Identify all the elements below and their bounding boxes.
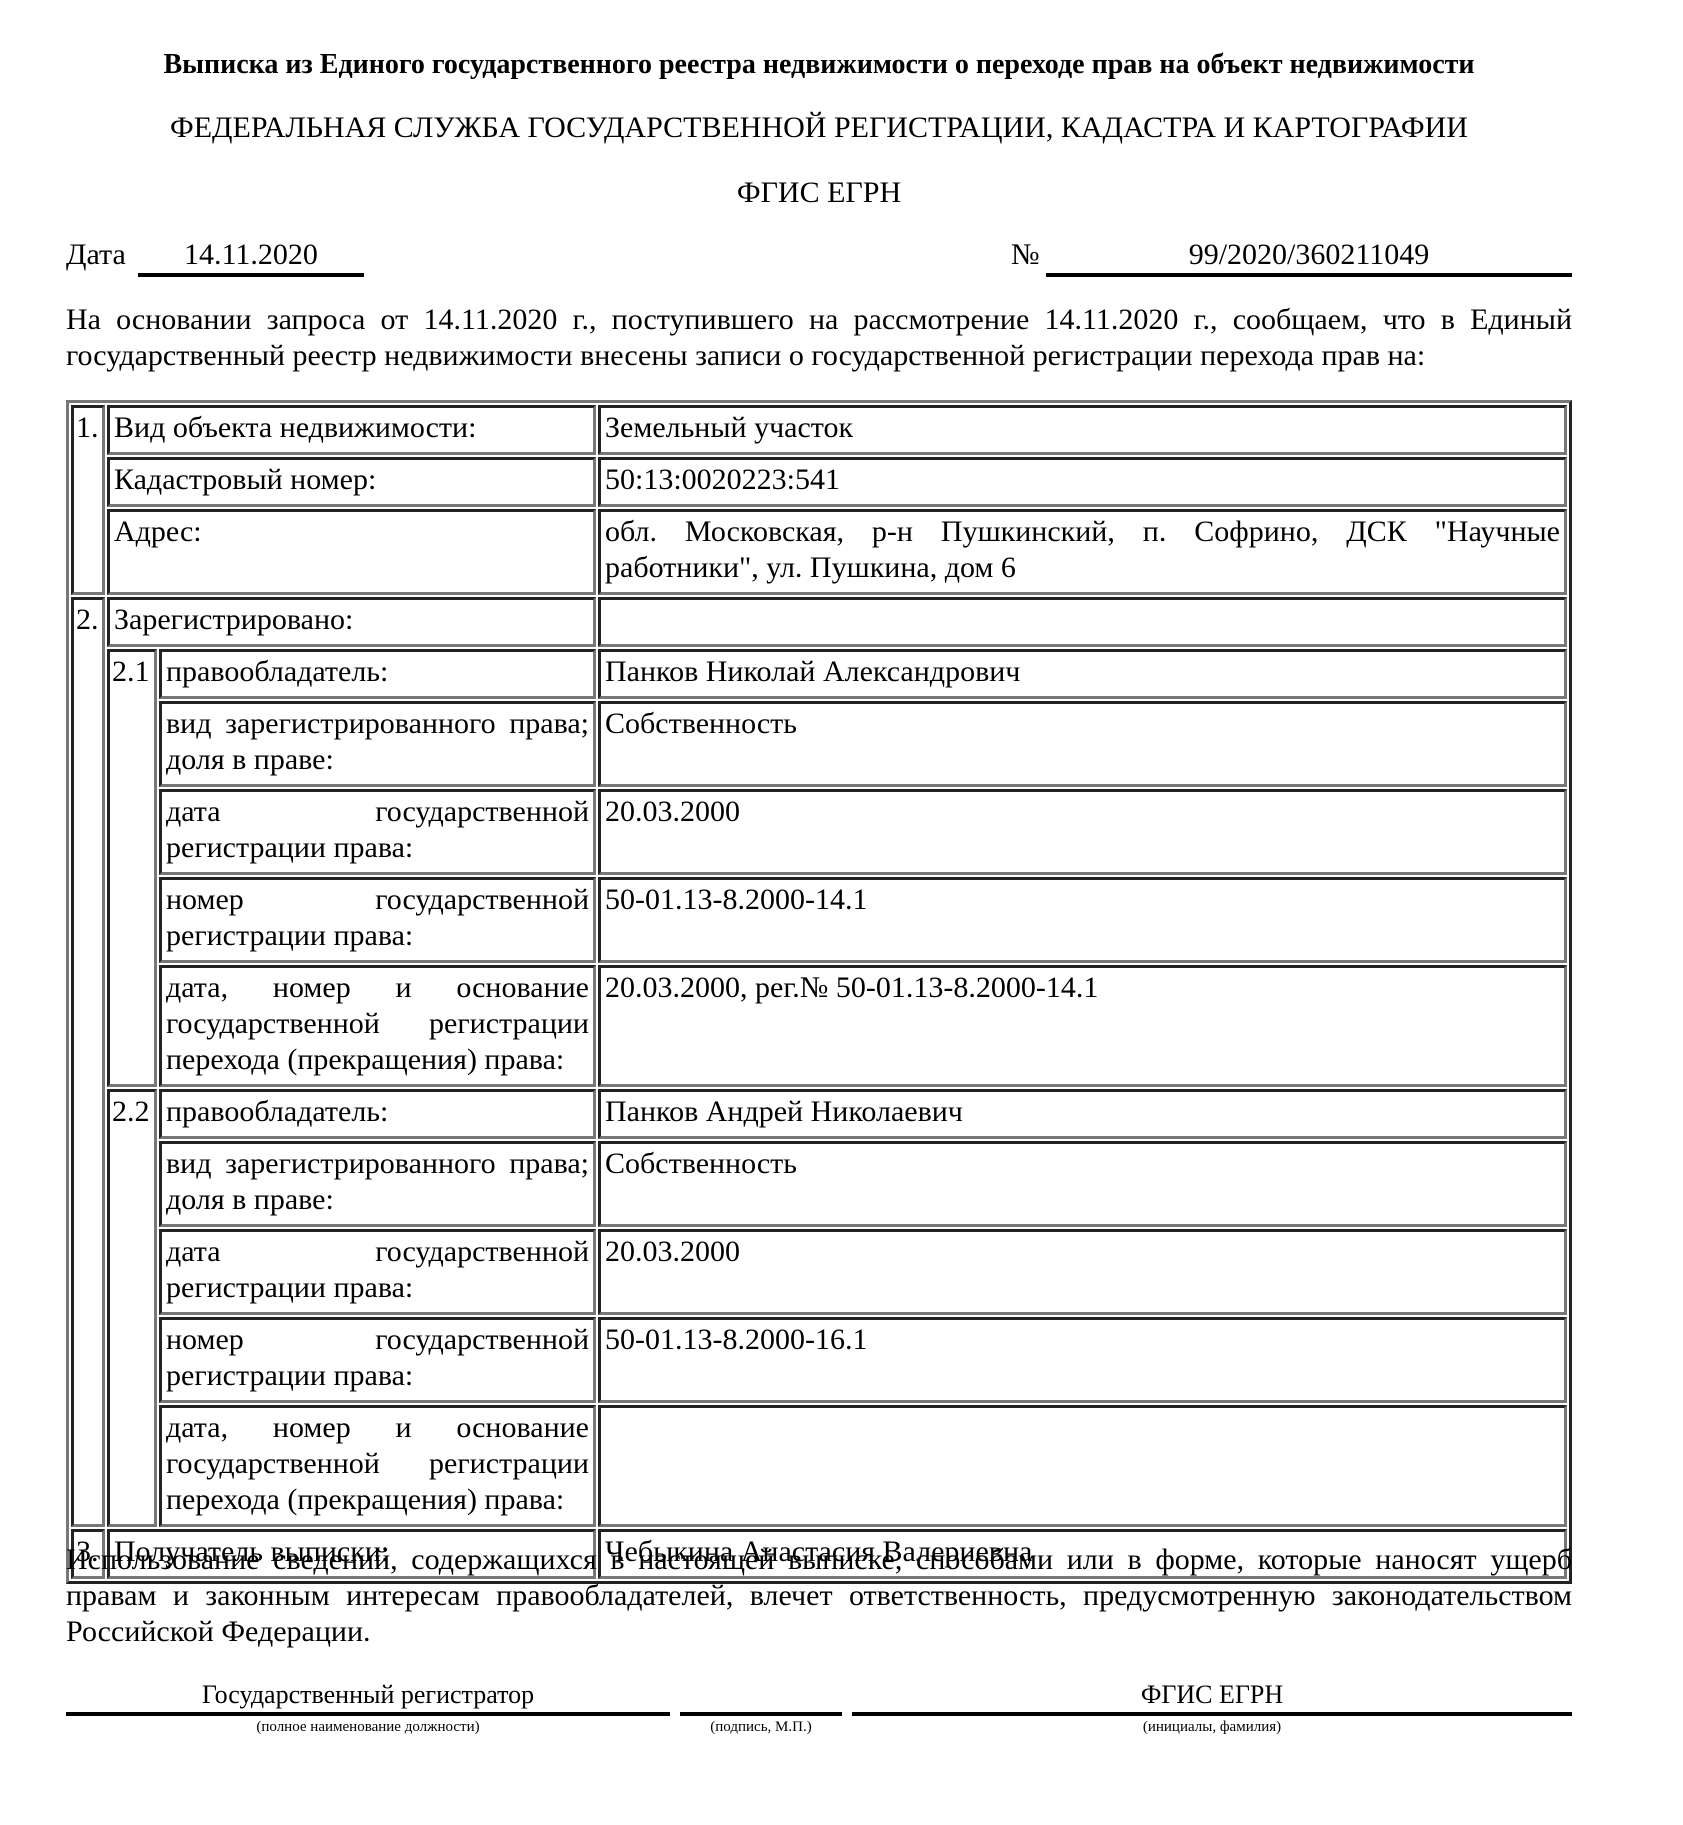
holder-number: 2.2 — [107, 1089, 157, 1527]
row-value: 20.03.2000 — [598, 1229, 1567, 1315]
table-row: номер государственной регистрации права:… — [71, 877, 1567, 963]
signature-line — [680, 1680, 842, 1716]
table-row: дата, номер и основание государственной … — [71, 965, 1567, 1087]
row-label: правообладатель: — [159, 1089, 596, 1139]
row-value: Панков Николай Александрович — [598, 649, 1567, 699]
row-label: правообладатель: — [159, 649, 596, 699]
row-value: 50-01.13-8.2000-14.1 — [598, 877, 1567, 963]
table-row: вид зарегистрированного права; доля в пр… — [71, 701, 1567, 787]
number-value: 99/2020/360211049 — [1046, 237, 1572, 277]
position-caption: (полное наименование должности) — [66, 1718, 670, 1736]
signature-sign-block: (подпись, М.П.) — [680, 1680, 842, 1736]
table-row: Адрес: обл. Московская, р-н Пушкинский, … — [71, 509, 1567, 595]
row-label: вид зарегистрированного права; доля в пр… — [159, 701, 596, 787]
row-label: дата, номер и основание государственной … — [159, 1405, 596, 1527]
row-value: обл. Московская, р-н Пушкинский, п. Софр… — [598, 509, 1567, 595]
row-value: 50:13:0020223:541 — [598, 457, 1567, 507]
signature-position-block: Государственный регистратор (полное наим… — [66, 1680, 670, 1736]
intro-paragraph: На основании запроса от 14.11.2020 г., п… — [66, 302, 1572, 374]
system-name: ФГИС ЕГРН — [66, 175, 1572, 211]
row-label: вид зарегистрированного права; доля в пр… — [159, 1141, 596, 1227]
table-row: 2.1 правообладатель: Панков Николай Алек… — [71, 649, 1567, 699]
row-value: Собственность — [598, 701, 1567, 787]
table-row: вид зарегистрированного права; доля в пр… — [71, 1141, 1567, 1227]
records-table: 1. Вид объекта недвижимости: Земельный у… — [66, 400, 1572, 1584]
row-value: Панков Андрей Николаевич — [598, 1089, 1567, 1139]
row-value — [598, 1405, 1567, 1527]
table-row: Кадастровый номер: 50:13:0020223:541 — [71, 457, 1567, 507]
row-value: Земельный участок — [598, 405, 1567, 455]
liability-notice: Использование сведений, содержащихся в н… — [66, 1542, 1572, 1650]
signature-caption: (подпись, М.П.) — [680, 1718, 842, 1736]
row-label: номер государственной регистрации права: — [159, 1317, 596, 1403]
row-value: 50-01.13-8.2000-16.1 — [598, 1317, 1567, 1403]
table-row: дата государственной регистрации права: … — [71, 1229, 1567, 1315]
date-label: Дата — [66, 237, 126, 273]
row-label: Адрес: — [107, 509, 596, 595]
document-title: Выписка из Единого государственного реес… — [66, 48, 1572, 82]
row-label: дата, номер и основание государственной … — [159, 965, 596, 1087]
row-label: дата государственной регистрации права: — [159, 789, 596, 875]
date-number-row: Дата 14.11.2020 № 99/2020/360211049 — [66, 237, 1572, 277]
holder-number: 2.1 — [107, 649, 157, 1087]
row-label: дата государственной регистрации права: — [159, 1229, 596, 1315]
signature-name-block: ФГИС ЕГРН (инициалы, фамилия) — [852, 1680, 1572, 1736]
name-caption: (инициалы, фамилия) — [852, 1718, 1572, 1736]
row-value: 20.03.2000, рег.№ 50-01.13-8.2000-14.1 — [598, 965, 1567, 1087]
section-number: 1. — [71, 405, 105, 595]
agency-name: ФЕДЕРАЛЬНАЯ СЛУЖБА ГОСУДАРСТВЕННОЙ РЕГИС… — [66, 110, 1572, 146]
number-label: № — [1011, 237, 1040, 273]
row-label: Кадастровый номер: — [107, 457, 596, 507]
section-number: 2. — [71, 597, 105, 1527]
registrar-name: ФГИС ЕГРН — [852, 1680, 1572, 1716]
row-label: номер государственной регистрации права: — [159, 877, 596, 963]
table-row: дата, номер и основание государственной … — [71, 1405, 1567, 1527]
table-row: 2. Зарегистрировано: — [71, 597, 1567, 647]
row-value — [598, 597, 1567, 647]
row-label: Вид объекта недвижимости: — [107, 405, 596, 455]
table-row: 2.2 правообладатель: Панков Андрей Никол… — [71, 1089, 1567, 1139]
table-row: номер государственной регистрации права:… — [71, 1317, 1567, 1403]
registrar-position: Государственный регистратор — [66, 1680, 670, 1716]
table-row: дата государственной регистрации права: … — [71, 789, 1567, 875]
row-value: Собственность — [598, 1141, 1567, 1227]
row-label: Зарегистрировано: — [107, 597, 596, 647]
row-value: 20.03.2000 — [598, 789, 1567, 875]
table-row: 1. Вид объекта недвижимости: Земельный у… — [71, 405, 1567, 455]
date-value: 14.11.2020 — [138, 237, 364, 277]
